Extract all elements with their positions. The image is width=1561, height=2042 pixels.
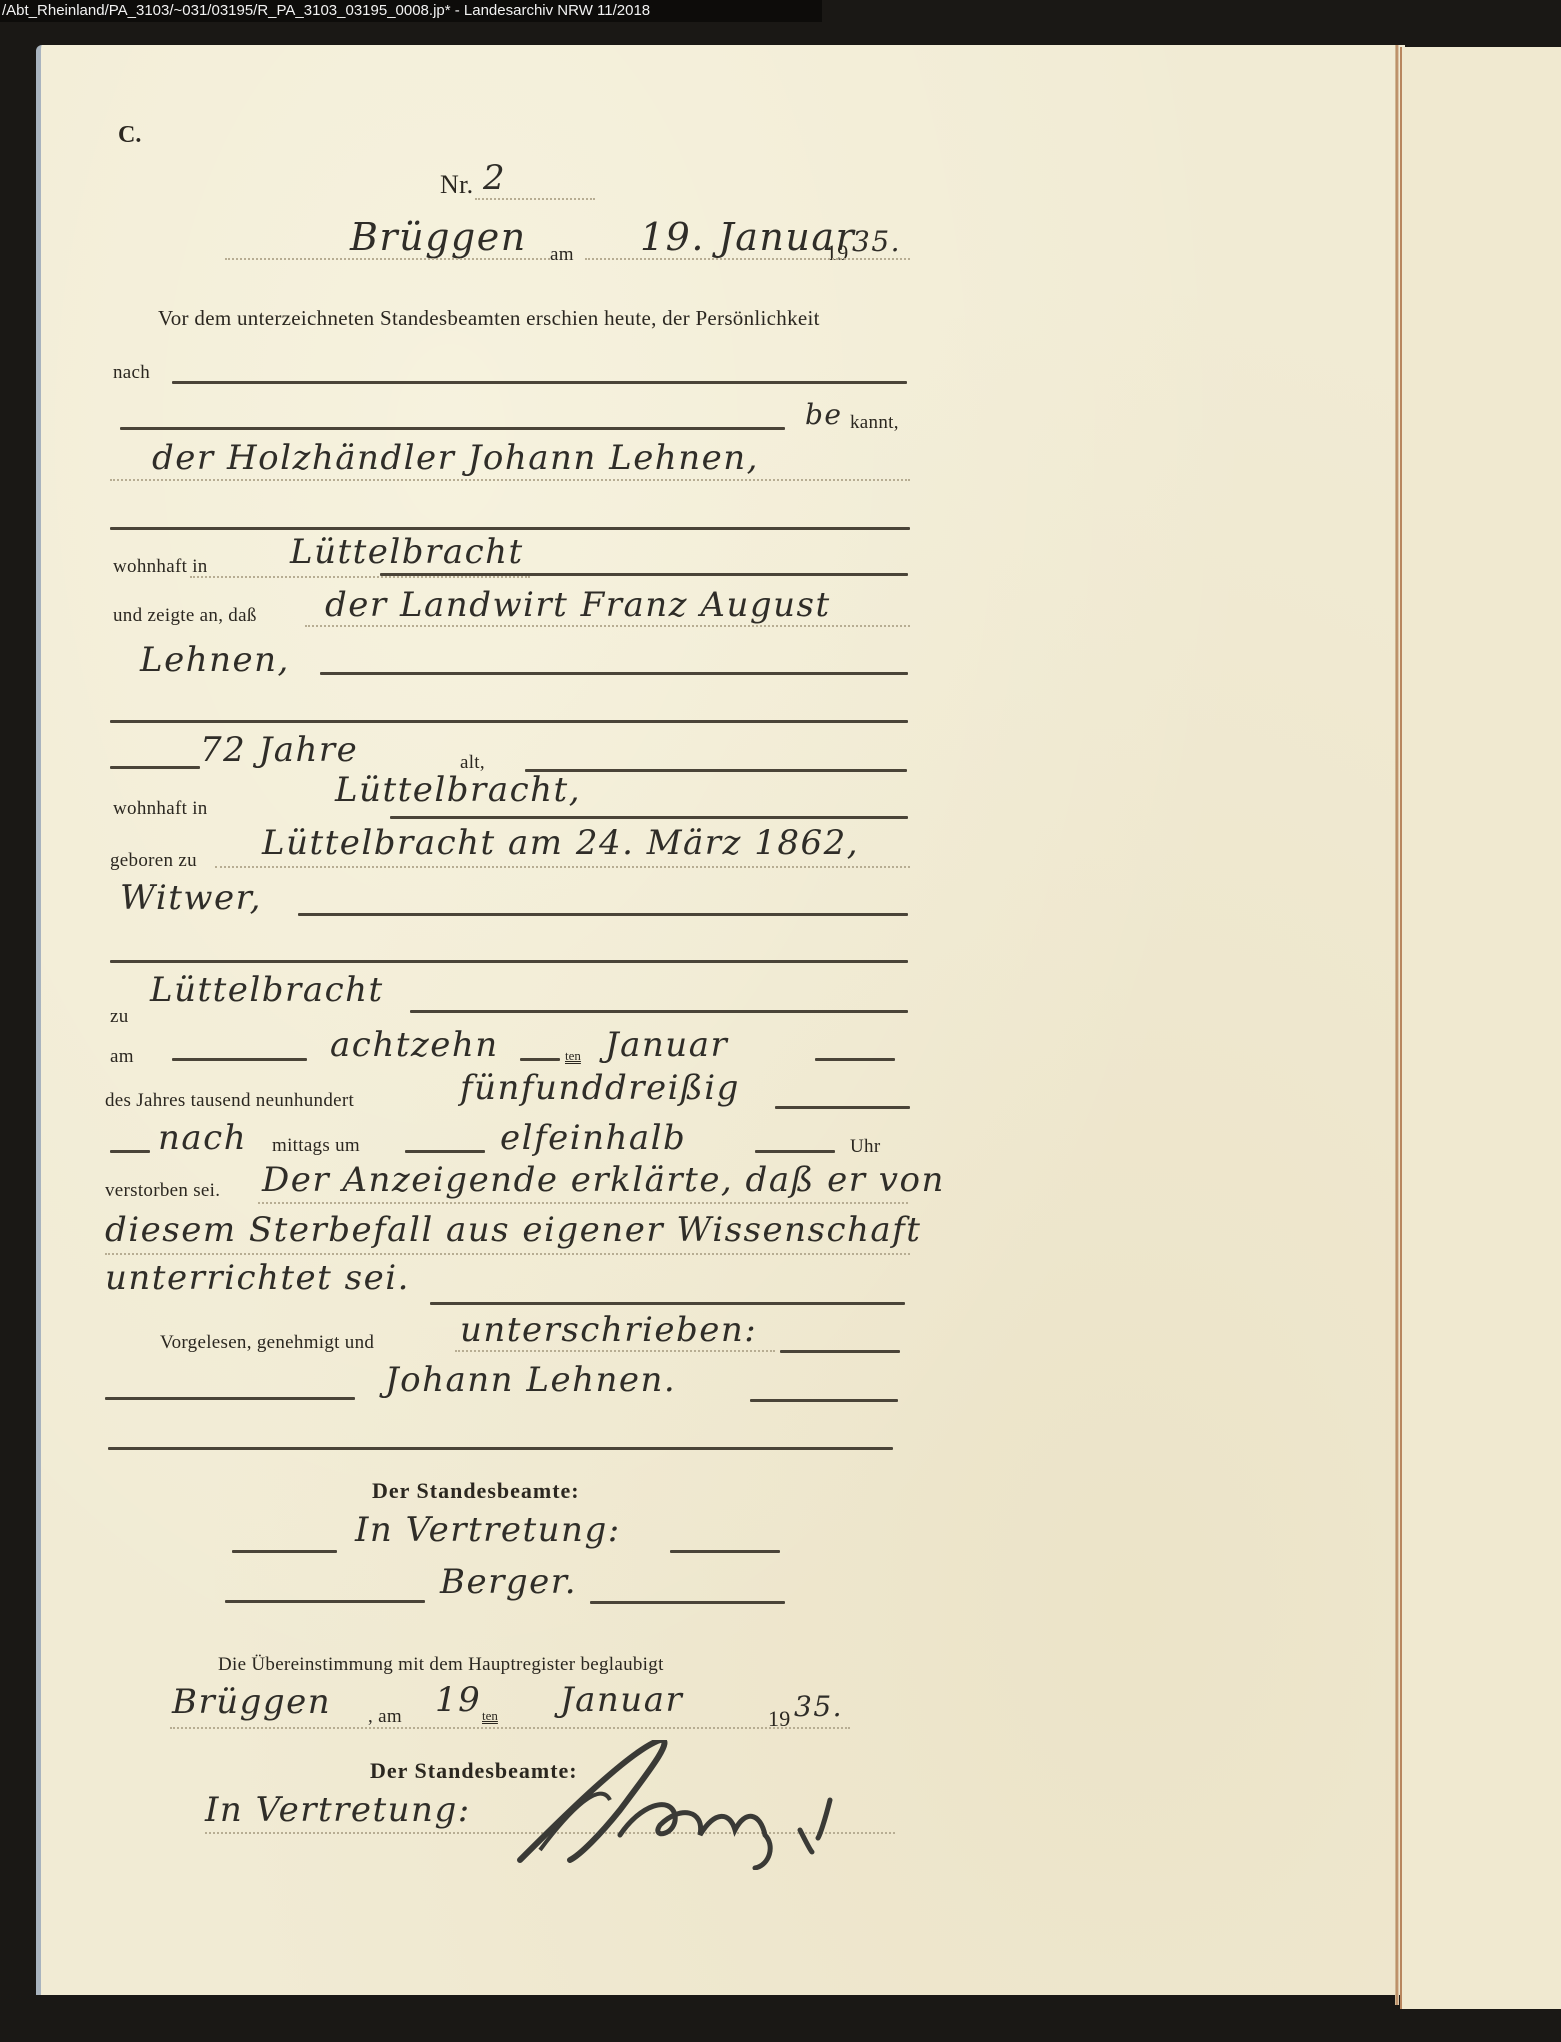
registrar-signature-icon — [500, 1740, 920, 1870]
jahres-label: des Jahres tausend neunhundert — [105, 1090, 354, 1112]
death-place: Lüttelbracht — [150, 970, 384, 1010]
rule — [110, 766, 200, 769]
rule — [750, 1399, 898, 1402]
mittags-label: mittags um — [272, 1135, 360, 1157]
registrar-heading: Der Standesbeamte: — [372, 1478, 580, 1504]
informant-signature: Johann Lehnen. — [385, 1360, 676, 1400]
dotline — [190, 576, 530, 578]
rule — [410, 1010, 908, 1013]
cert-in-vertretung: In Vertretung: — [205, 1790, 471, 1830]
informant-residence: Lüttelbracht — [290, 532, 524, 572]
year-prefix: 19 — [826, 240, 849, 266]
uhr-label: Uhr — [850, 1136, 880, 1158]
statement-line2: diesem Sterbefall aus eigener Wissenscha… — [105, 1210, 921, 1250]
dotline — [225, 258, 550, 260]
rule — [120, 427, 785, 430]
rule — [815, 1058, 895, 1061]
vorgelesen-label: Vorgelesen, genehmigt und — [160, 1332, 374, 1354]
dotline — [170, 1727, 850, 1729]
verstorben-label: verstorben sei. — [105, 1180, 220, 1202]
wohnhaft-label: wohnhaft in — [113, 556, 208, 578]
in-vertretung: In Vertretung: — [355, 1510, 621, 1550]
cert-year-suffix: 35. — [794, 1690, 843, 1723]
dotline — [258, 1202, 908, 1204]
rule — [525, 769, 907, 772]
statement-line3: unterrichtet sei. — [105, 1258, 410, 1298]
marital-status: Witwer, — [120, 878, 262, 918]
wohnhaft2-label: wohnhaft in — [113, 798, 208, 820]
ten-label: ten — [565, 1048, 581, 1064]
rule — [232, 1550, 337, 1553]
informant: der Holzhändler Johann Lehnen, — [152, 438, 759, 478]
rule — [755, 1150, 835, 1153]
rule — [405, 1150, 485, 1153]
rule — [110, 720, 908, 723]
section-letter: C. — [118, 122, 141, 149]
cert-day: 19 — [435, 1680, 481, 1720]
deceased-line1: der Landwirt Franz August — [325, 585, 831, 625]
registrar-name: Berger. — [440, 1562, 577, 1602]
dotline — [585, 258, 910, 260]
death-year-words: fünfunddreißig — [460, 1068, 740, 1108]
birth: Lüttelbracht am 24. März 1862, — [262, 823, 859, 863]
dotline — [105, 1253, 910, 1255]
unterschrieben: unterschrieben: — [460, 1310, 757, 1350]
rule — [780, 1350, 900, 1353]
bekannt-label: kannt, — [850, 412, 899, 434]
bekannt-hand: be — [805, 398, 843, 431]
rule — [520, 1058, 560, 1061]
window-title: /Abt_Rheinland/PA_3103/~031/03195/R_PA_3… — [0, 0, 822, 22]
am2-label: am — [110, 1046, 134, 1068]
dotline — [305, 625, 910, 627]
deceased-residence: Lüttelbracht, — [335, 770, 581, 810]
rule — [172, 1058, 307, 1061]
rule — [775, 1106, 910, 1109]
am-label: am — [550, 244, 574, 266]
death-month: Januar — [605, 1025, 728, 1065]
number-value: 2 — [483, 158, 506, 198]
zu-label: zu — [110, 1006, 129, 1028]
cert-ten-label: ten — [482, 1708, 498, 1724]
rule — [670, 1550, 780, 1553]
cert-am-label: , am — [368, 1706, 402, 1728]
page-gutter — [1395, 45, 1399, 2005]
age-value: 72 Jahre — [200, 730, 358, 770]
rule — [108, 1447, 893, 1450]
rule — [590, 1601, 785, 1604]
dotline — [110, 479, 910, 481]
rule — [110, 1150, 150, 1153]
vor-nach: nach — [158, 1118, 247, 1158]
rule — [320, 672, 908, 675]
rule — [225, 1600, 425, 1603]
year-suffix: 35. — [852, 225, 901, 258]
geboren-label: geboren zu — [110, 850, 197, 872]
rule — [105, 1397, 355, 1400]
number-dotline — [475, 198, 595, 200]
facing-page — [1400, 47, 1561, 2009]
nach-label: nach — [113, 362, 150, 384]
deceased-line2: Lehnen, — [140, 640, 290, 680]
rule — [298, 913, 908, 916]
statement-line1: Der Anzeigende erklärte, daß er von — [262, 1160, 945, 1200]
death-time: elfeinhalb — [500, 1118, 686, 1158]
rule — [110, 527, 910, 530]
death-day: achtzehn — [330, 1025, 499, 1065]
cert-month: Januar — [560, 1680, 683, 1720]
rule — [380, 573, 908, 576]
dotline — [455, 1350, 775, 1352]
dotline — [215, 866, 910, 868]
intro-text: Vor dem unterzeichneten Standesbeamten e… — [158, 306, 820, 331]
date: 19. Januar — [640, 215, 855, 259]
rule — [172, 381, 907, 384]
place: Brüggen — [350, 215, 527, 259]
zeigte-label: und zeigte an, daß — [113, 605, 257, 627]
rule — [430, 1302, 905, 1305]
rule — [390, 816, 908, 819]
rule — [110, 960, 908, 963]
number-label: Nr. — [440, 170, 473, 200]
certification-text: Die Übereinstimmung mit dem Hauptregiste… — [218, 1654, 664, 1676]
cert-place: Brüggen — [172, 1682, 331, 1722]
